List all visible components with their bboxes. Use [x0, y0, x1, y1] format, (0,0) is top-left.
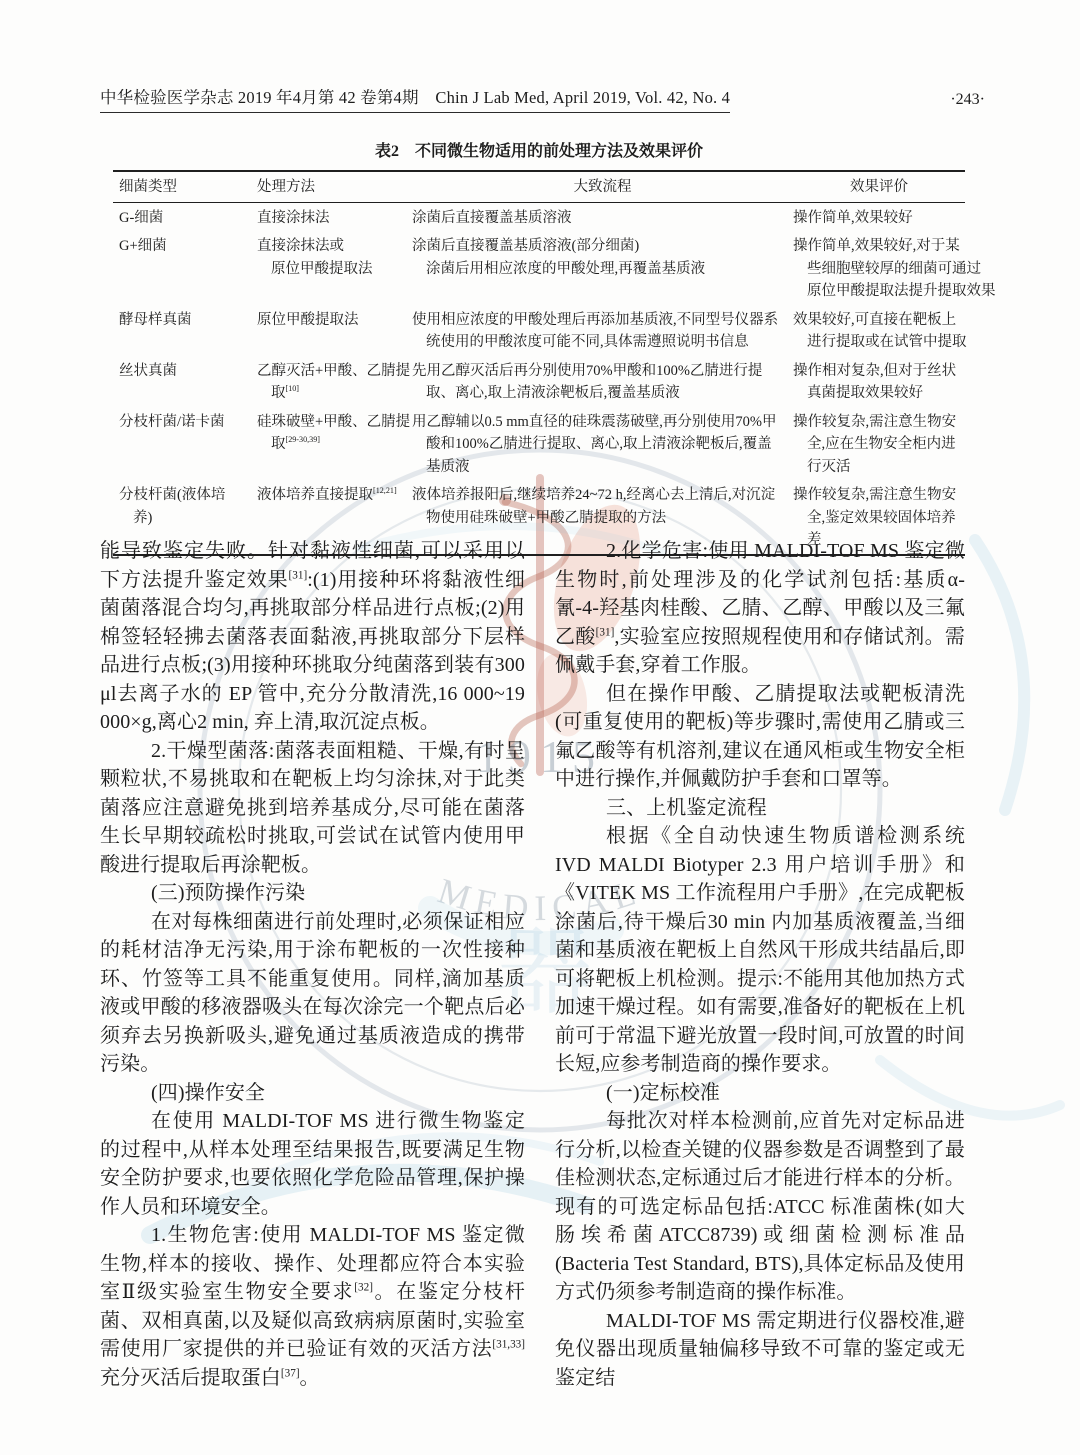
col-header-method: 处理方法: [257, 171, 412, 202]
table-cell-line: 原位甲酸提取法: [257, 258, 412, 281]
table-title: 表2不同微生物适用的前处理方法及效果评价: [113, 138, 965, 161]
table-cell-line: 操作简单,效果较好,对于某: [793, 235, 965, 258]
table-cell-line: 统使用的甲酸浓度可能不同,具体需遵照说明书信息: [412, 331, 793, 354]
body-paragraph: 根据《全自动快速生物质谱检测系统 IVD MALDI Biotyper 2.3 …: [555, 822, 965, 1079]
table-cell: G-细菌: [113, 202, 257, 231]
table-cell-line: 取[10]: [257, 382, 412, 405]
journal-citation: 中华检验医学杂志 2019 年4月第 42 卷第4期 Chin J Lab Me…: [100, 84, 730, 113]
table-cell-line: 液体培养报阳后,继续培养24~72 h,经离心去上清后,对沉淀: [412, 484, 793, 507]
table-cell-line: G+细菌: [119, 235, 257, 258]
table-cell-line: 操作较复杂,需注意生物安: [793, 411, 965, 434]
table-row: 分枝杆菌/诺卡菌硅珠破壁+甲酸、乙腈提取[29-30,39]用乙醇辅以0.5 m…: [113, 407, 965, 481]
table-title-label: 表2: [375, 143, 399, 160]
table-title-text: 不同微生物适用的前处理方法及效果评价: [415, 143, 703, 160]
col-header-evaluation: 效果评价: [793, 171, 965, 202]
table-cell: 硅珠破壁+甲酸、乙腈提取[29-30,39]: [257, 407, 412, 481]
table-cell: 直接涂抹法或原位甲酸提取法: [257, 231, 412, 305]
table-cell: 操作相对复杂,但对于丝状真菌提取效果较好: [793, 356, 965, 407]
table-row: G+细菌直接涂抹法或原位甲酸提取法涂菌后直接覆盖基质溶液(部分细菌)涂菌后用相应…: [113, 231, 965, 305]
table-cell: 操作简单,效果较好: [793, 202, 965, 231]
table-cell: 效果较好,可直接在靶板上进行提取或在试管中提取: [793, 305, 965, 356]
table-cell-line: 分枝杆菌/诺卡菌: [119, 411, 257, 434]
table-cell-line: 原位甲酸提取法提升提取效果: [793, 280, 965, 303]
table-cell: G+细菌: [113, 231, 257, 305]
body-paragraph: 在对每株细菌进行前处理时,必须保证相应的耗材洁净无污染,用于涂布靶板的一次性接种…: [100, 908, 525, 1079]
table-cell: 先用乙醇灭活后再分别使用70%甲酸和100%乙腈进行提取、离心,取上清液涂靶板后…: [412, 356, 793, 407]
table-cell-line: 操作相对复杂,但对于丝状: [793, 360, 965, 383]
table-cell-line: 使用相应浓度的甲酸处理后再添加基质液,不同型号仪器系: [412, 309, 793, 332]
body-column-left: 能导致鉴定失败。针对黏液性细菌,可以采用以下方法提升鉴定效果[31]:(1)用接…: [100, 537, 525, 1392]
table-cell-line: 取[29-30,39]: [257, 433, 412, 456]
table-cell-line: 全,应在生物安全柜内进: [793, 433, 965, 456]
body-column-right: 2.化学危害:使用 MALDI-TOF MS 鉴定微生物时,前处理涉及的化学试剂…: [555, 537, 965, 1392]
table-cell: 用乙醇辅以0.5 mm直径的硅珠震荡破壁,再分别使用70%甲酸和100%乙腈进行…: [412, 407, 793, 481]
table-cell-line: 些细胞壁较厚的细菌可通过: [793, 258, 965, 281]
page-number: ·243·: [950, 91, 985, 113]
body-section-heading: (三)预防操作污染: [100, 879, 525, 908]
table-cell-line: 分枝杆菌(液体培: [119, 484, 257, 507]
table-cell: 操作较复杂,需注意生物安全,应在生物安全柜内进行灭活: [793, 407, 965, 481]
table-cell: 涂菌后直接覆盖基质溶液(部分细菌)涂菌后用相应浓度的甲酸处理,再覆盖基质液: [412, 231, 793, 305]
body-section-heading: (一)定标校准: [555, 1079, 965, 1108]
col-header-procedure: 大致流程: [412, 171, 793, 202]
body-section-heading: 三、上机鉴定流程: [555, 794, 965, 823]
table-cell-line: 取、离心,取上清液涂靶板后,覆盖基质液: [412, 382, 793, 405]
table-cell: 直接涂抹法: [257, 202, 412, 231]
table-cell-line: 酸和100%乙腈进行提取、离心,取上清液涂靶板后,覆盖: [412, 433, 793, 456]
table-cell-line: 养): [119, 507, 257, 530]
body-paragraph: 1.生物危害:使用 MALDI-TOF MS 鉴定微生物,样本的接收、操作、处理…: [100, 1221, 525, 1392]
pretreatment-methods-table: 细菌类型 处理方法 大致流程 效果评价 G-细菌直接涂抹法涂菌后直接覆盖基质溶液…: [113, 170, 965, 556]
body-paragraph: 在使用 MALDI-TOF MS 进行微生物鉴定的过程中,从样本处理至结果报告,…: [100, 1107, 525, 1221]
page-content: 中华检验医学杂志 2019 年4月第 42 卷第4期 Chin J Lab Me…: [0, 0, 1080, 1455]
table-cell-line: 操作较复杂,需注意生物安: [793, 484, 965, 507]
body-paragraph: 2.干燥型菌落:菌落表面粗糙、干燥,有时呈颗粒状,不易挑取和在靶板上均匀涂抹,对…: [100, 737, 525, 880]
table-cell-line: 涂菌后直接覆盖基质溶液: [412, 207, 793, 230]
table-cell-line: 真菌提取效果较好: [793, 382, 965, 405]
table-row: 酵母样真菌原位甲酸提取法使用相应浓度的甲酸处理后再添加基质液,不同型号仪器系统使…: [113, 305, 965, 356]
body-paragraph: 2.化学危害:使用 MALDI-TOF MS 鉴定微生物时,前处理涉及的化学试剂…: [555, 537, 965, 680]
table-cell-line: 乙醇灭活+甲酸、乙腈提: [257, 360, 412, 383]
table-row: 丝状真菌乙醇灭活+甲酸、乙腈提取[10]先用乙醇灭活后再分别使用70%甲酸和10…: [113, 356, 965, 407]
table-cell-line: 基质液: [412, 456, 793, 479]
table-body: G-细菌直接涂抹法涂菌后直接覆盖基质溶液操作简单,效果较好G+细菌直接涂抹法或原…: [113, 202, 965, 555]
table-cell-line: 进行提取或在试管中提取: [793, 331, 965, 354]
table-cell-line: G-细菌: [119, 207, 257, 230]
table-cell-line: 行灭活: [793, 456, 965, 479]
table-cell-line: 直接涂抹法: [257, 207, 412, 230]
body-paragraph: 能导致鉴定失败。针对黏液性细菌,可以采用以下方法提升鉴定效果[31]:(1)用接…: [100, 537, 525, 737]
running-head: 中华检验医学杂志 2019 年4月第 42 卷第4期 Chin J Lab Me…: [100, 84, 985, 113]
table-cell-line: 涂菌后直接覆盖基质溶液(部分细菌): [412, 235, 793, 258]
table-row: G-细菌直接涂抹法涂菌后直接覆盖基质溶液操作简单,效果较好: [113, 202, 965, 231]
table-cell-line: 酵母样真菌: [119, 309, 257, 332]
body-section-heading: (四)操作安全: [100, 1079, 525, 1108]
table-cell-line: 用乙醇辅以0.5 mm直径的硅珠震荡破壁,再分别使用70%甲: [412, 411, 793, 434]
article-body: 能导致鉴定失败。针对黏液性细菌,可以采用以下方法提升鉴定效果[31]:(1)用接…: [100, 537, 965, 1392]
col-header-bacteria-type: 细菌类型: [113, 171, 257, 202]
table-cell-line: 硅珠破壁+甲酸、乙腈提: [257, 411, 412, 434]
table-section: 表2不同微生物适用的前处理方法及效果评价 细菌类型 处理方法 大致流程 效果评价…: [113, 138, 965, 556]
table-cell: 乙醇灭活+甲酸、乙腈提取[10]: [257, 356, 412, 407]
table-cell: 丝状真菌: [113, 356, 257, 407]
table-cell-line: 涂菌后用相应浓度的甲酸处理,再覆盖基质液: [412, 258, 793, 281]
table-cell: 酵母样真菌: [113, 305, 257, 356]
body-paragraph: 每批次对样本检测前,应首先对定标品进行分析,以检查关键的仪器参数是否调整到了最佳…: [555, 1107, 965, 1307]
table-cell-line: 物使用硅珠破壁+甲酸乙腈提取的方法: [412, 507, 793, 530]
table-cell-line: 先用乙醇灭活后再分别使用70%甲酸和100%乙腈进行提: [412, 360, 793, 383]
table-cell: 原位甲酸提取法: [257, 305, 412, 356]
table-cell-line: 原位甲酸提取法: [257, 309, 412, 332]
body-paragraph: MALDI-TOF MS 需定期进行仪器校准,避免仪器出现质量轴偏移导致不可靠的…: [555, 1307, 965, 1393]
table-cell: 分枝杆菌/诺卡菌: [113, 407, 257, 481]
table-header-row: 细菌类型 处理方法 大致流程 效果评价: [113, 171, 965, 202]
table-cell: 操作简单,效果较好,对于某些细胞壁较厚的细菌可通过原位甲酸提取法提升提取效果: [793, 231, 965, 305]
table-cell-line: 丝状真菌: [119, 360, 257, 383]
table-cell-line: 全,鉴定效果较固体培养: [793, 507, 965, 530]
table-cell: 涂菌后直接覆盖基质溶液: [412, 202, 793, 231]
table-cell: 使用相应浓度的甲酸处理后再添加基质液,不同型号仪器系统使用的甲酸浓度可能不同,具…: [412, 305, 793, 356]
table-cell-line: 直接涂抹法或: [257, 235, 412, 258]
journal-page: 1915 MEDICAL 器 中华检验医学杂志 2019 年4月第 42 卷第4…: [0, 0, 1080, 1455]
body-paragraph: 但在操作甲酸、乙腈提取法或靶板清洗(可重复使用的靶板)等步骤时,需使用乙腈或三氟…: [555, 680, 965, 794]
table-cell-line: 效果较好,可直接在靶板上: [793, 309, 965, 332]
table-cell-line: 液体培养直接提取[12,21]: [257, 484, 412, 507]
table-cell-line: 操作简单,效果较好: [793, 207, 965, 230]
